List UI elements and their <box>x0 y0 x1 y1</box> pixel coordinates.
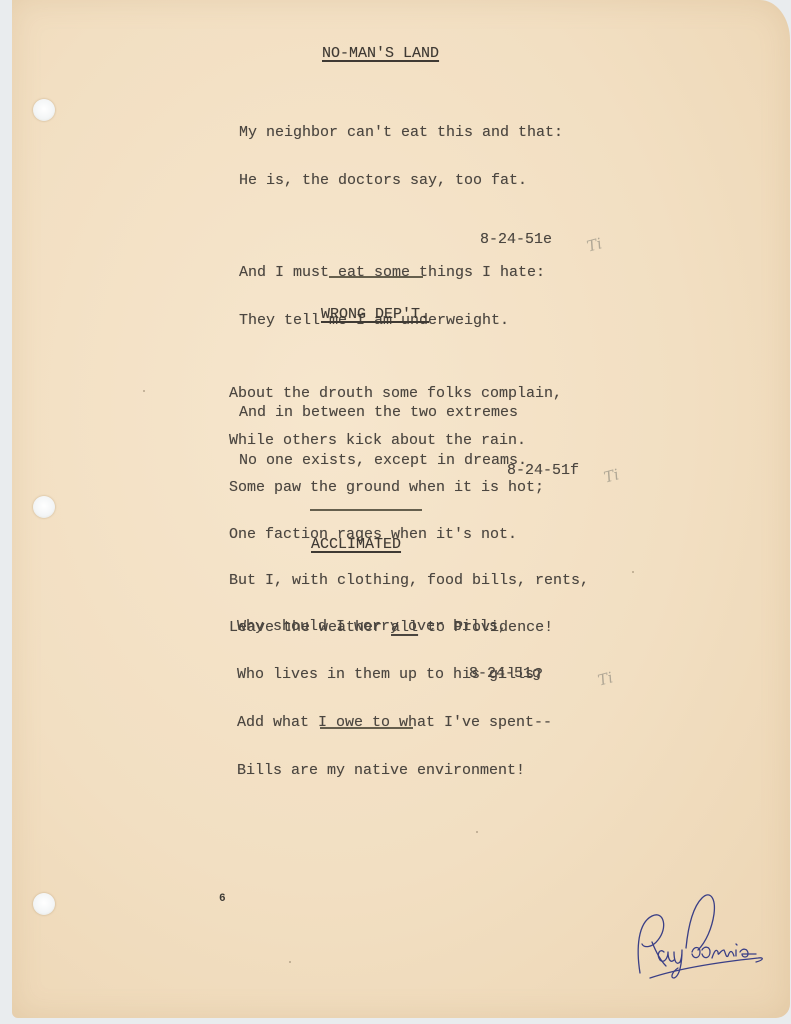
section-divider <box>329 276 423 278</box>
section-divider <box>310 509 422 511</box>
section-divider <box>320 727 413 729</box>
punch-hole-top <box>33 99 55 121</box>
date-code: 8-24-51g <box>469 666 541 682</box>
date-code: 8-24-51f <box>507 463 579 479</box>
poem-line: While others kick about the rain. <box>229 433 589 449</box>
poem-title-wrong-dept: WRONG DEP'T. <box>321 307 429 323</box>
punch-hole-middle <box>33 496 55 518</box>
poem-title-no-mans-land: NO-MAN'S LAND <box>322 46 439 62</box>
paper-speck <box>632 571 634 573</box>
paper-speck <box>289 961 291 963</box>
page-number: 6 <box>219 893 226 905</box>
poem-line: Why should I worry over bills, <box>237 619 552 635</box>
poem-line: And I must eat some things I hate: <box>239 265 563 281</box>
poem-line: Bills are my native environment! <box>237 763 552 779</box>
handwritten-signature <box>630 888 770 983</box>
poem-body-acclimated: Why should I worry over bills, Who lives… <box>237 587 552 795</box>
punch-hole-bottom <box>33 893 55 915</box>
poem-line: He is, the doctors say, too fat. <box>239 173 563 189</box>
poem-line: One faction rages when it's not. <box>229 527 589 543</box>
paper-speck <box>143 390 145 392</box>
date-code: 8-24-51e <box>480 232 552 248</box>
poem-line: Some paw the ground when it is hot; <box>229 480 589 496</box>
poem-title-acclimated: ACCLIMATED <box>311 537 401 553</box>
poem-line: My neighbor can't eat this and that: <box>239 125 563 141</box>
paper-speck <box>476 831 478 833</box>
poem-line: About the drouth some folks complain, <box>229 386 589 402</box>
